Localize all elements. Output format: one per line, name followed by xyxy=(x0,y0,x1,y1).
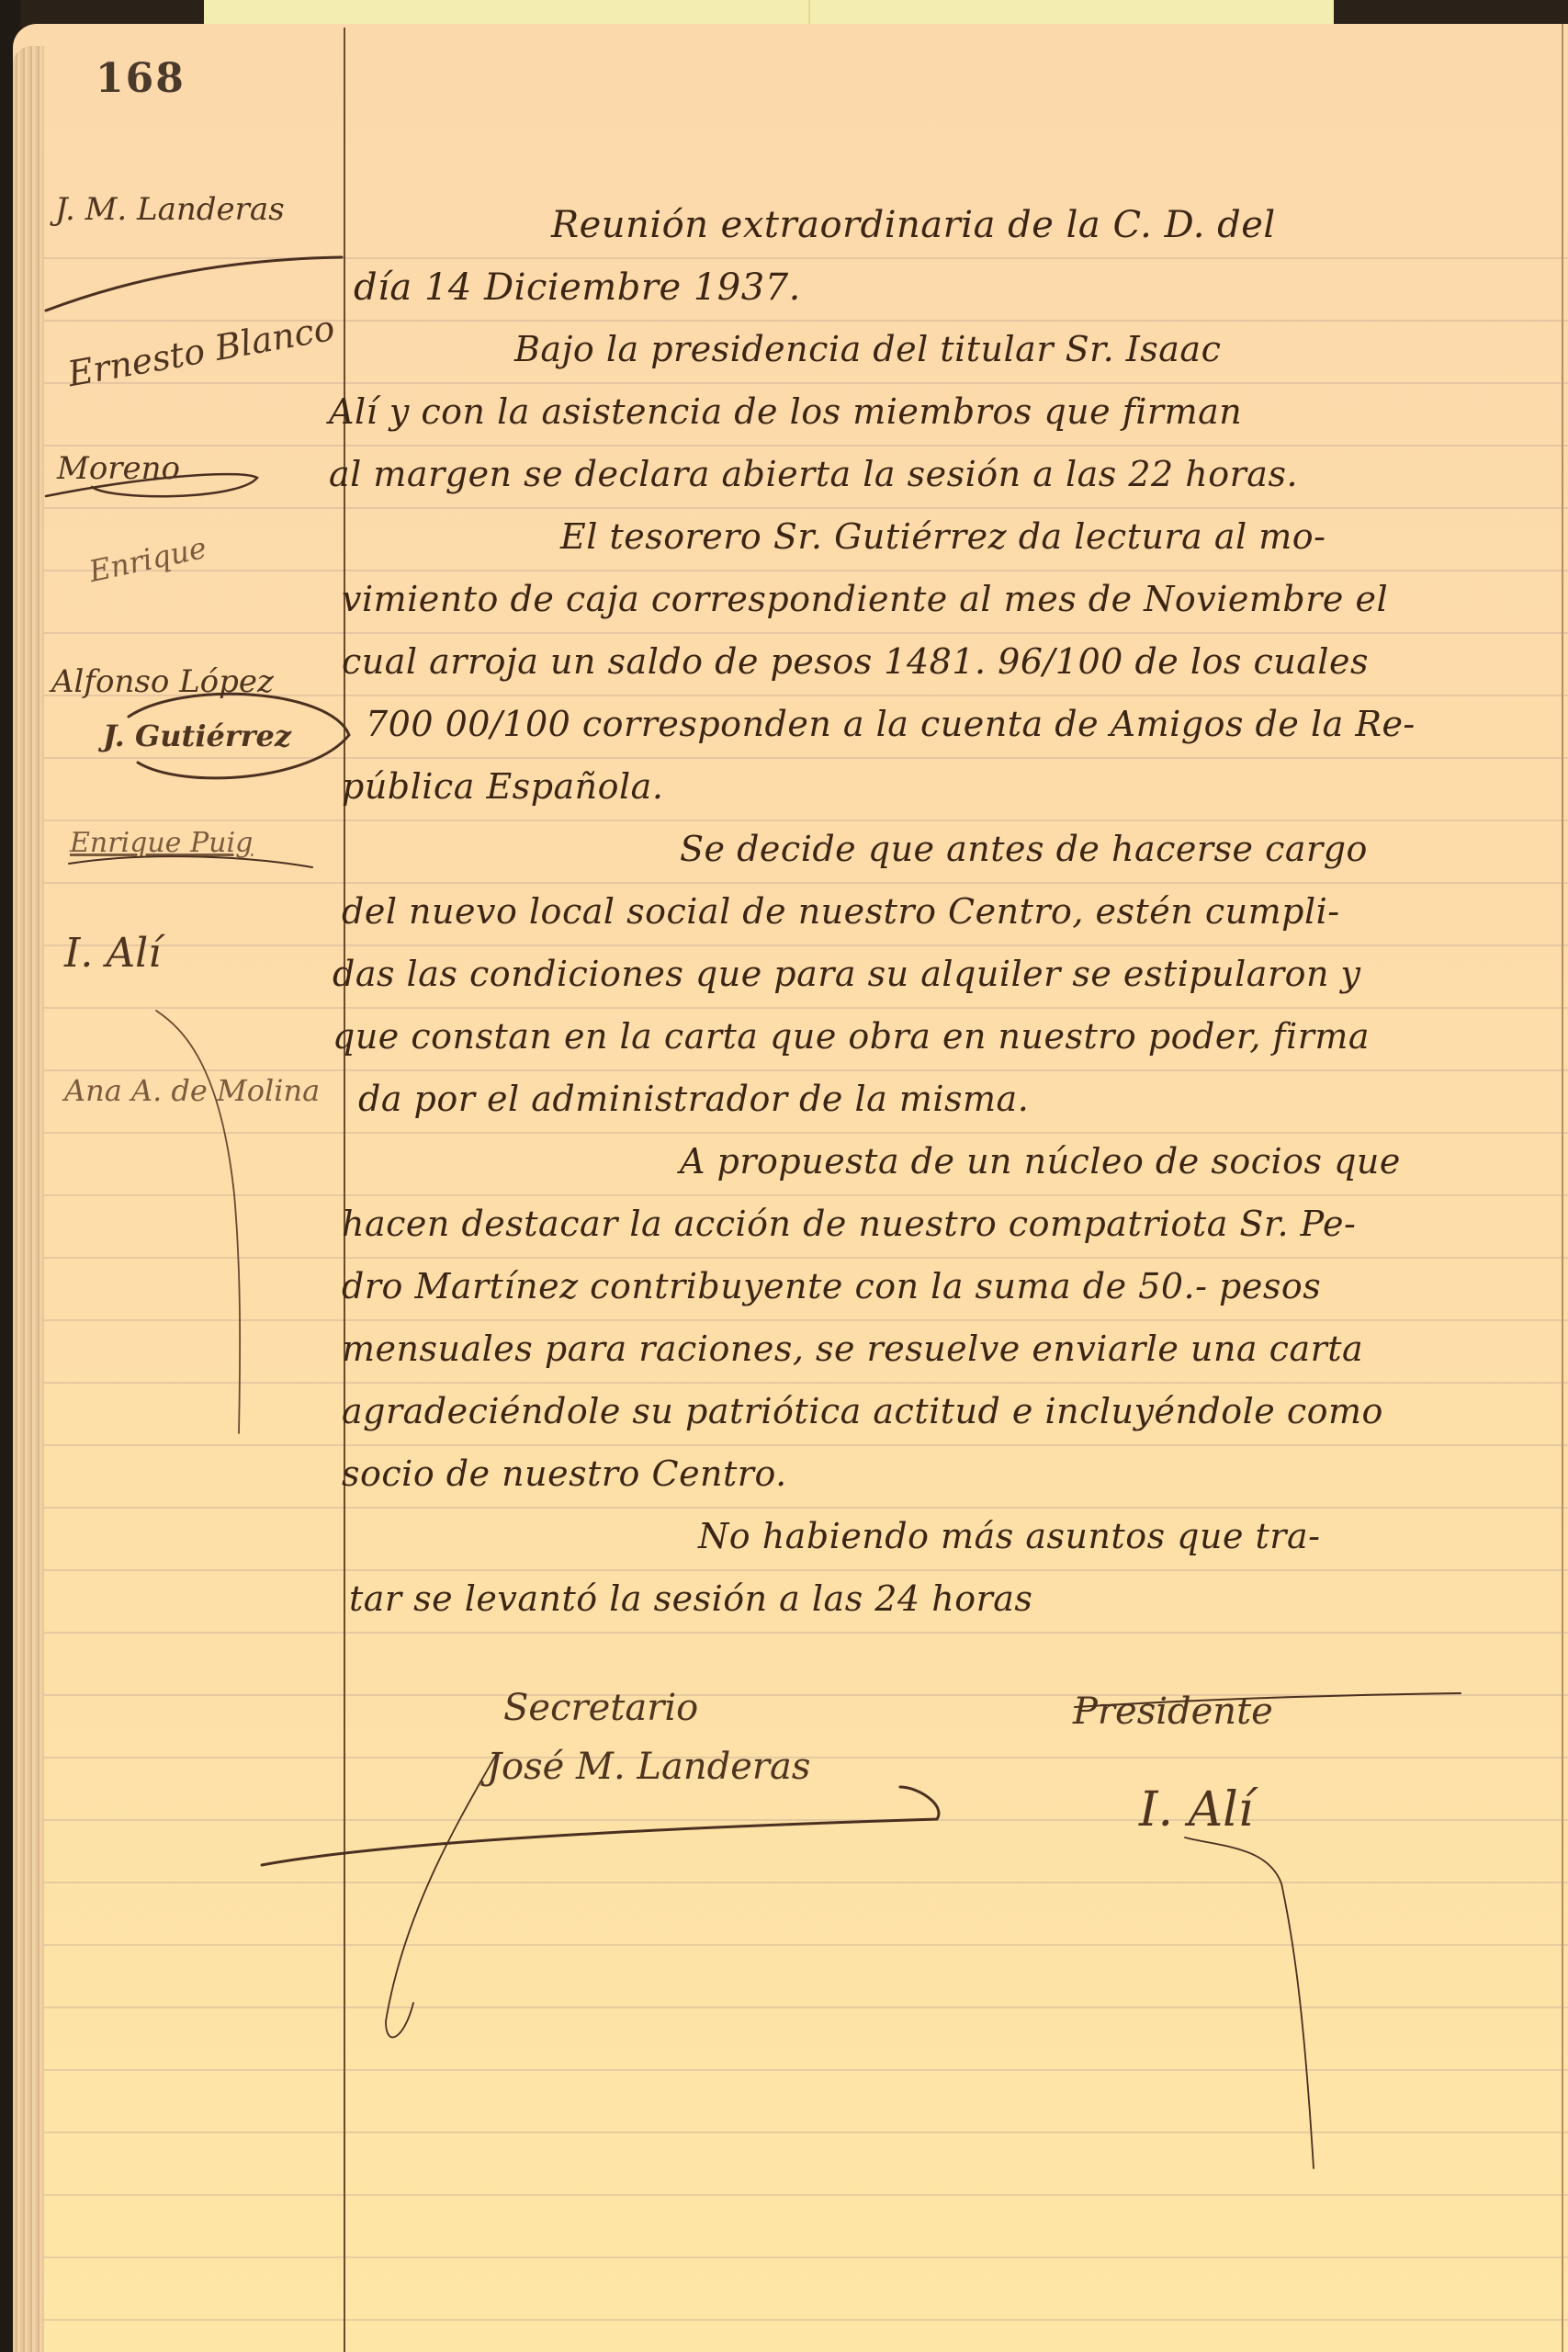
ruled-line xyxy=(44,1007,1568,1009)
secretary-signature: José M. Landeras xyxy=(487,1746,810,1788)
minutes-line: dro Martínez contribuyente con la suma d… xyxy=(342,1266,1321,1306)
minutes-line: Se decide que antes de hacerse cargo xyxy=(680,829,1368,869)
ruled-line xyxy=(44,1194,1568,1196)
ruled-line xyxy=(44,382,1568,384)
minutes-line: vimiento de caja correspondiente al mes … xyxy=(342,579,1388,619)
ruled-line xyxy=(44,1507,1568,1509)
minutes-line: 700 00/100 corresponden a la cuenta de A… xyxy=(366,704,1416,744)
ruled-line xyxy=(44,257,1568,259)
minutes-line: El tesorero Sr. Gutiérrez da lectura al … xyxy=(560,516,1326,557)
minutes-line: Alí y con la asistencia de los miembros … xyxy=(329,391,1242,432)
secretary-title: Secretario xyxy=(503,1687,698,1729)
minutes-title: Reunión extraordinaria de la C. D. del xyxy=(551,204,1276,246)
margin-signature: I. Alí xyxy=(64,930,161,977)
ledger-page xyxy=(13,24,1568,2352)
ruled-line xyxy=(44,1569,1568,1571)
minutes-line: agradeciéndole su patriótica actitud e i… xyxy=(342,1391,1383,1431)
page-stack-edge xyxy=(13,46,44,2352)
minutes-line: A propuesta de un núcleo de socios que xyxy=(680,1141,1401,1182)
margin-signature: J. Gutiérrez xyxy=(103,718,291,753)
margin-signature: Enrique Puig xyxy=(70,827,253,859)
ruled-line xyxy=(44,1694,1568,1696)
ruled-line xyxy=(44,1632,1568,1634)
minutes-line: hacen destacar la acción de nuestro comp… xyxy=(342,1204,1356,1244)
ruled-line xyxy=(44,2194,1568,2196)
ruled-line xyxy=(44,1819,1568,1821)
page-right-edge xyxy=(1562,24,1563,2352)
ruled-line xyxy=(44,2256,1568,2258)
ruled-line xyxy=(44,1069,1568,1071)
ruled-line xyxy=(44,820,1568,821)
ruled-line xyxy=(44,445,1568,447)
ruled-line xyxy=(44,1944,1568,1946)
minutes-date: día 14 Diciembre 1937. xyxy=(354,266,801,309)
ruled-line xyxy=(44,2131,1568,2133)
margin-rule xyxy=(344,28,345,2352)
minutes-line: que constan en la carta que obra en nues… xyxy=(333,1016,1370,1057)
ruled-line xyxy=(44,1319,1568,1321)
ruled-line xyxy=(44,1132,1568,1134)
minutes-line: Bajo la presidencia del titular Sr. Isaa… xyxy=(514,329,1221,369)
minutes-line: socio de nuestro Centro. xyxy=(342,1453,787,1494)
minutes-line: cual arroja un saldo de pesos 1481. 96/1… xyxy=(342,641,1369,682)
ruled-line xyxy=(44,2319,1568,2321)
minutes-line: pública Española. xyxy=(342,766,663,807)
ruled-line xyxy=(44,882,1568,884)
minutes-line: tar se levantó la sesión a las 24 horas xyxy=(349,1578,1032,1619)
ruled-line xyxy=(44,2007,1568,2008)
ruled-line xyxy=(44,632,1568,634)
ruled-line xyxy=(44,757,1568,759)
margin-signature: J. M. Landeras xyxy=(55,191,285,228)
president-signature: I. Alí xyxy=(1139,1782,1253,1837)
ruled-line xyxy=(44,944,1568,946)
minutes-line: mensuales para raciones, se resuelve env… xyxy=(342,1329,1363,1369)
minutes-line: al margen se declara abierta la sesión a… xyxy=(329,454,1298,494)
minutes-line: da por el administrador de la misma. xyxy=(358,1079,1029,1119)
margin-signature: Alfonso López xyxy=(51,663,274,700)
ruled-line xyxy=(44,570,1568,571)
ruled-line xyxy=(44,507,1568,509)
minutes-line: No habiendo más asuntos que tra- xyxy=(698,1516,1320,1556)
minutes-line: del nuevo local social de nuestro Centro… xyxy=(342,891,1340,932)
margin-signature: Ana A. de Molina xyxy=(64,1073,320,1108)
ruled-line xyxy=(44,1257,1568,1259)
ruled-line xyxy=(44,1882,1568,1883)
minutes-line: das las condiciones que para su alquiler… xyxy=(333,954,1361,994)
ruled-line xyxy=(44,1382,1568,1384)
margin-signature: Moreno xyxy=(57,450,180,487)
page-number: 168 xyxy=(96,55,186,102)
president-title: Presidente xyxy=(1073,1690,1273,1733)
ruled-line xyxy=(44,2069,1568,2071)
ruled-line xyxy=(44,1444,1568,1446)
